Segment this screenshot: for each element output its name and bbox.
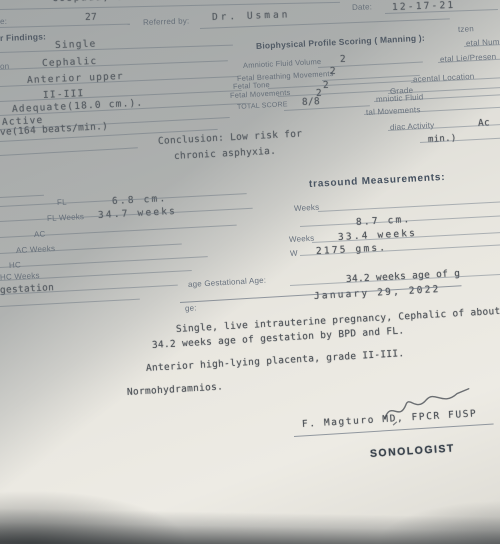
findings-line-2 [0, 60, 228, 70]
efw-label: W [290, 249, 298, 258]
bps-total-value: 8/8 [302, 96, 321, 108]
bps-afv-label: Amniotic Fluid Volume [243, 57, 322, 70]
efw-value: 2175 gms. [316, 242, 388, 257]
referred-by-label: Referred by: [143, 16, 190, 27]
patient-name-value: Cospada, Sheen [52, 0, 153, 4]
right-row1-label: Weeks [294, 203, 320, 213]
bps-total-label: TOTAL SCORE [237, 101, 288, 111]
age-label-fragment: e: [0, 17, 7, 26]
bpd-weeks-label: Weeks [289, 234, 315, 244]
edd-label-fragment: ge: [185, 303, 197, 313]
bps-fm-label: Fetal Movements [230, 88, 291, 100]
underlying-cardiac-value-fragment: Ac [478, 117, 491, 129]
aog-label: age Gestational Age: [188, 276, 267, 289]
findings-line-8 [0, 147, 138, 156]
findings-line-1 [0, 45, 233, 53]
findings-section-label: r Findings: [0, 31, 46, 43]
bps-afv-value: 2 [340, 54, 347, 65]
impression-line-4: Normohydramnios. [127, 381, 224, 398]
age-value: 27 [85, 12, 97, 23]
blank-line [0, 299, 140, 307]
conclusion-line-2: chronic asphyxia. [174, 146, 277, 162]
bps-total-line [284, 105, 370, 111]
referred-by-value: Dr. Usman [212, 9, 291, 23]
sonologist-title: SONOLOGIST [370, 442, 456, 460]
meas-stub-line [0, 195, 44, 198]
date-label: Date: [352, 2, 372, 12]
document-photo: Cospada, Sheen Date: 12-17-21 e: 27 Refe… [0, 0, 500, 544]
underlying-corner-fragment: tzen [458, 24, 474, 34]
impression-line-3: Anterior high-lying placenta, grade II-I… [146, 348, 405, 374]
measurements-title: trasound Measurements: [309, 172, 446, 190]
bps-fbm-value: 2 [330, 66, 337, 77]
bps-title: Biophysical Profile Scoring ( Manning ): [256, 33, 425, 51]
age-underline [0, 24, 130, 28]
hc-line [0, 256, 208, 268]
right-row1-line [318, 201, 500, 212]
